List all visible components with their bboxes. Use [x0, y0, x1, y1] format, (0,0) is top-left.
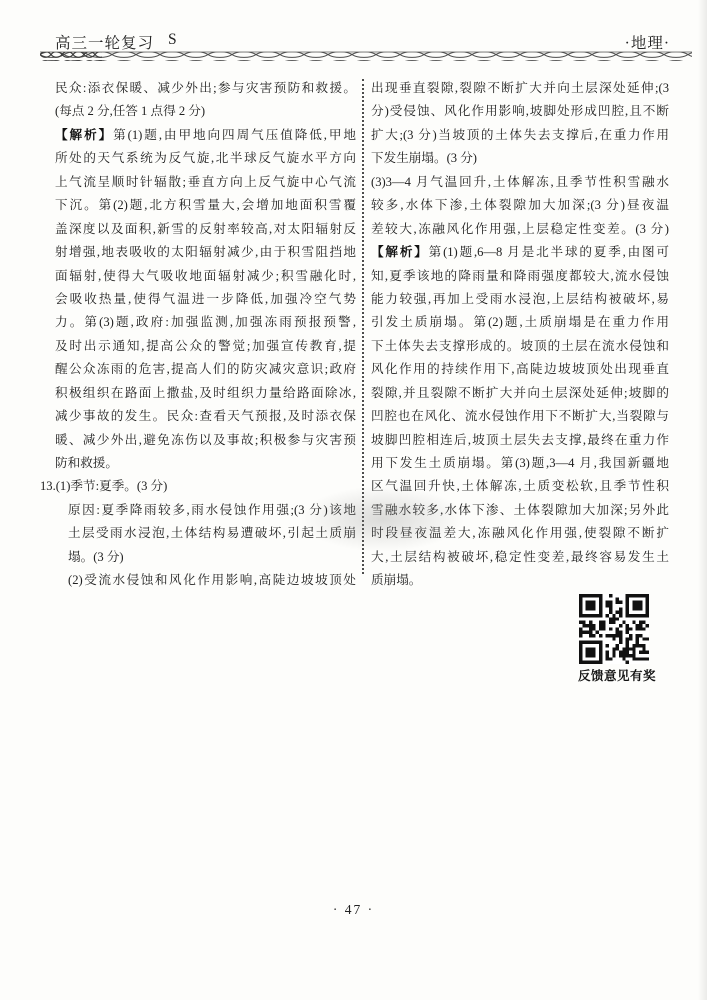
- answer-column-right: 出现垂直裂隙,裂隙不断扩大并向土层深处延伸;(3分)受侵蚀、风化作用影响,坡脚处…: [371, 77, 669, 593]
- text-line: 凹腔也在风化、流水侵蚀作用下不断扩大,当裂隙与: [371, 405, 669, 428]
- text-line: 分)受侵蚀、风化作用影响,坡脚处形成凹腔,且不断: [371, 100, 669, 123]
- answer-column-left: 民众:添衣保暖、减少外出;参与灾害预防和救援。(每点 2 分,任答 1 点得 2…: [55, 77, 356, 593]
- text-line: 用下发生土质崩塌。第(3)题,3—4 月,我国新疆地: [371, 452, 669, 475]
- text-line: 质崩塌。: [371, 569, 669, 592]
- text-line: 出现垂直裂隙,裂隙不断扩大并向土层深处延伸;(3: [371, 77, 669, 100]
- text-line: 土层受雨水浸泡,土体结构易遭破坏,引起土质崩: [55, 522, 356, 545]
- qr-caption: 反馈意见有奖: [578, 666, 650, 684]
- text-line: 射增强,地表吸收的太阳辐射减少,由于积雪阻挡地: [55, 241, 356, 264]
- text-line: 所处的天气系统为反气旋,北半球反气旋水平方向: [55, 147, 356, 170]
- answer-key-label: 【解析】: [55, 128, 113, 142]
- qr-code: [579, 594, 649, 664]
- feedback-qr-block: 反馈意见有奖: [578, 594, 650, 684]
- text-line: 塌。(3 分): [55, 546, 356, 569]
- text-line: (2)受流水侵蚀和风化作用影响,高陡边坡坡顶处: [55, 569, 356, 592]
- text-line: 防和救援。: [55, 452, 356, 475]
- text-line: 下发生崩塌。(3 分): [371, 147, 669, 170]
- text-line: 区气温回升快,土体解冻,土质变松软,且季节性积: [371, 475, 669, 498]
- text-line: 暖、减少外出,避免冻伤以及事故;积极参与灾害预: [55, 429, 356, 452]
- text-line: 13.(1)季节:夏季。(3 分): [40, 475, 356, 498]
- text-line: 大,土层结构被破坏,稳定性变差,最终容易发生土: [371, 546, 669, 569]
- text-line: 坡脚凹腔相连后,坡顶土层失去支撑,最终在重力作: [371, 429, 669, 452]
- page-footer: · 47 ·: [0, 902, 707, 918]
- text-line: 盖深度以及面积,新雪的反射率较高,对太阳辐射反: [55, 218, 356, 241]
- column-divider: [362, 79, 364, 574]
- rope-border-decoration: [40, 50, 692, 63]
- text-line: 积极组织在路面上撒盐,及时组织力量给路面除冰,: [55, 382, 356, 405]
- text-line: 减少事故的发生。民众:查看天气预报,及时添衣保: [55, 405, 356, 428]
- text-line: 时段昼夜温差大,冻融风化作用强,使裂隙不断扩: [371, 522, 669, 545]
- text-line: 裂隙,并且裂隙不断扩大并向土层深处延伸;坡脚的: [371, 382, 669, 405]
- text-line: 知,夏季该地的降雨量和降雨强度都较大,流水侵蚀: [371, 265, 669, 288]
- text-line: 扩大;(3 分)当坡顶的土体失去支撑后,在重力作用: [371, 124, 669, 147]
- text-line: 力。第(3)题,政府:加强监测,加强冻雨预报预警,: [55, 311, 356, 334]
- text-line: (每点 2 分,任答 1 点得 2 分): [55, 100, 356, 123]
- text-line: 【解析】第(1)题,由甲地向四周气压值降低,甲地: [55, 124, 356, 147]
- text-line: 差较大,冻融风化作用强,上层稳定性变差。(3 分): [371, 218, 669, 241]
- answer-key-label: 【解析】: [371, 245, 429, 259]
- text-line: 上气流呈顺时针辐散;垂直方向上反气旋中心气流: [55, 171, 356, 194]
- text-line: 能力较强,再加上受雨水浸泡,上层结构被破坏,易: [371, 288, 669, 311]
- text-line: 面辐射,使得大气吸收地面辐射减少;积雪融化时,: [55, 265, 356, 288]
- page-number: · 47 ·: [333, 902, 374, 917]
- text-line: 下沉。第(2)题,北方积雪量大,会增加地面积雪覆: [55, 194, 356, 217]
- text-line: 及时出示通知,提高公众的警觉;加强宣传教育,提: [55, 335, 356, 358]
- text-line: 下土体失去支撑形成的。坡顶的土层在流水侵蚀和: [371, 335, 669, 358]
- text-line: 醒公众冻雨的危害,提高人们的防灾减灾意识;政府: [55, 358, 356, 381]
- text-line: 原因:夏季降雨较多,雨水侵蚀作用强;(3 分)该地: [55, 499, 356, 522]
- text-line: 雪融水较多,水体下渗、土体裂隙加大加深;另外此: [371, 499, 669, 522]
- text-line: 风化作用的持续作用下,高陡边坡坡顶处出现垂直: [371, 358, 669, 381]
- text-line: 民众:添衣保暖、减少外出;参与灾害预防和救援。: [55, 77, 356, 100]
- text-line: (3)3—4 月气温回升,土体解冻,且季节性积雪融水: [371, 171, 669, 194]
- text-line: 引发土质崩塌。第(2)题,土质崩塌是在重力作用: [371, 311, 669, 334]
- text-line: 会吸收热量,使得气温进一步降低,加强冷空气势: [55, 288, 356, 311]
- text-line: 较多,水体下渗,土体裂隙加大加深;(3 分)昼夜温: [371, 194, 669, 217]
- text-line: 【解析】第(1)题,6—8 月是北半球的夏季,由图可: [371, 241, 669, 264]
- scanned-answer-page: 高三一轮复习 S ·地理· 民众:添衣保暖、减少外出;参与灾害预防和救援。(每点…: [0, 0, 707, 1000]
